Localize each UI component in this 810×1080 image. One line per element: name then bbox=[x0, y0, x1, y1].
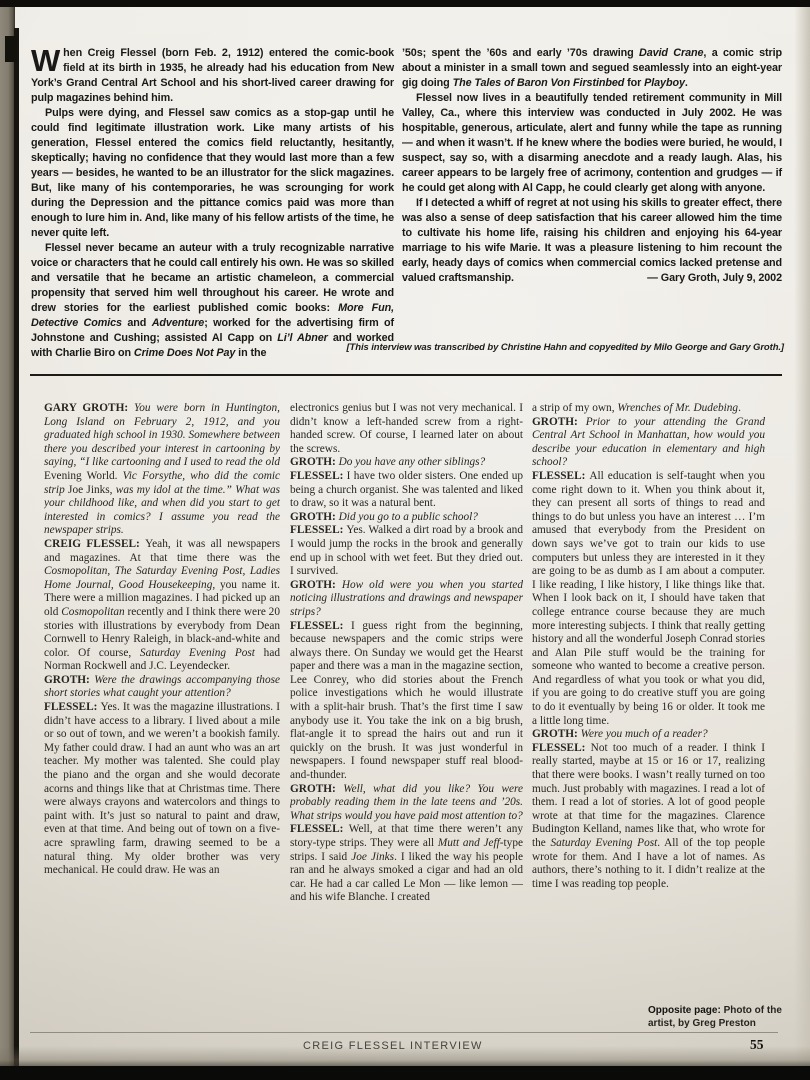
text-run: ’50s; spent the ’60s and early ’70s draw… bbox=[402, 47, 639, 59]
text-run: If I detected a whiff of regret at not u… bbox=[402, 197, 782, 284]
scan-edge-bottom bbox=[0, 1066, 810, 1080]
interview-paragraph: GROTH: How old were you when you started… bbox=[290, 579, 523, 620]
text-run: FLESSEL: bbox=[532, 742, 591, 754]
text-run: in the bbox=[235, 347, 266, 359]
interview-column-2: electronics genius but I was not very me… bbox=[290, 402, 523, 1032]
text-run: Crime Does Not Pay bbox=[134, 347, 235, 359]
intro-paragraph: If I detected a whiff of regret at not u… bbox=[402, 196, 782, 286]
text-run: GROTH: bbox=[290, 579, 342, 591]
interview-paragraph: GROTH: Prior to your attending the Grand… bbox=[532, 416, 765, 470]
text-run: The Tales of Baron Von Firstinbed bbox=[453, 77, 625, 89]
text-run: David Crane bbox=[639, 47, 703, 59]
interview-paragraph: GROTH: Do you have any other siblings? bbox=[290, 456, 523, 470]
text-run: Mutt and Jeff bbox=[438, 837, 500, 849]
interview-paragraph: FLESSEL: All education is self-taught wh… bbox=[532, 470, 765, 728]
interview-paragraph: electronics genius but I was not very me… bbox=[290, 402, 523, 456]
text-run: GARY GROTH: bbox=[44, 402, 134, 414]
scan-edge-top bbox=[0, 0, 810, 7]
intro-paragraph: ’50s; spent the ’60s and early ’70s draw… bbox=[402, 46, 782, 91]
scan-edge-left bbox=[0, 0, 15, 1080]
text-run: CREIG FLESSEL: bbox=[44, 538, 145, 550]
text-run: Did you go to a public school? bbox=[339, 511, 478, 523]
transcription-note: [This interview was transcribed by Chris… bbox=[346, 342, 784, 353]
interview-paragraph: GROTH: Were you much of a reader? bbox=[532, 728, 765, 742]
text-run: Playboy bbox=[644, 77, 685, 89]
section-divider-rule bbox=[30, 374, 782, 376]
interview-column-3: a strip of my own, Wrenches of Mr. Dudeb… bbox=[532, 402, 765, 1032]
text-run: . bbox=[738, 402, 741, 414]
text-run: FLESSEL: bbox=[290, 620, 351, 632]
text-run: GROTH: bbox=[532, 416, 586, 428]
text-run: Do you have any other siblings? bbox=[339, 456, 486, 468]
scan-gutter-line bbox=[14, 28, 19, 1080]
text-run: I guess right from the beginning, becaus… bbox=[290, 620, 523, 782]
text-run: GROTH: bbox=[290, 511, 339, 523]
text-run: Saturday Evening Post bbox=[550, 837, 657, 849]
text-run: and bbox=[122, 317, 152, 329]
text-run: FLESSEL: bbox=[44, 701, 101, 713]
interview-paragraph: GARY GROTH: You were born in Huntington,… bbox=[44, 402, 280, 538]
text-run: FLESSEL: bbox=[532, 470, 589, 482]
text-run: electronics genius but I was not very me… bbox=[290, 402, 523, 455]
interview-column-1: GARY GROTH: You were born in Huntington,… bbox=[44, 402, 280, 1032]
text-run: FLESSEL: bbox=[290, 823, 349, 835]
text-run: Joe Jinks, bbox=[68, 484, 112, 496]
interview-paragraph: GROTH: Did you go to a public school? bbox=[290, 511, 523, 525]
text-run: Saturday Evening Post bbox=[140, 647, 255, 659]
text-run: GROTH: bbox=[532, 728, 581, 740]
intro-column-right: ’50s; spent the ’60s and early ’70s draw… bbox=[402, 46, 782, 286]
interview-paragraph: a strip of my own, Wrenches of Mr. Dudeb… bbox=[532, 402, 765, 416]
text-run: GROTH: bbox=[44, 674, 94, 686]
text-run: Pulps were dying, and Flessel saw comics… bbox=[31, 107, 394, 239]
intro-paragraph: Flessel never became an auteur with a tr… bbox=[31, 241, 394, 361]
intro-column-left: When Creig Flessel (born Feb. 2, 1912) e… bbox=[31, 46, 394, 361]
interview-paragraph: FLESSEL: I have two older sisters. One e… bbox=[290, 470, 523, 511]
text-run: Joe Jinks bbox=[351, 851, 394, 863]
text-run: Flessel now lives in a beautifully tende… bbox=[402, 92, 782, 194]
interview-paragraph: FLESSEL: Yes. It was the magazine illust… bbox=[44, 701, 280, 878]
text-run: Yes. It was the magazine illustrations. … bbox=[44, 701, 280, 876]
text-run: FLESSEL: bbox=[290, 470, 347, 482]
text-run: GROTH: bbox=[290, 456, 339, 468]
interview-paragraph: FLESSEL: Well, at that time there weren’… bbox=[290, 823, 523, 905]
footer-rule bbox=[30, 1032, 778, 1033]
text-run: hen Creig Flessel (born Feb. 2, 1912) en… bbox=[31, 47, 394, 104]
text-run: Cosmopolitan bbox=[61, 606, 124, 618]
text-run: Li’l Abner bbox=[277, 332, 328, 344]
text-run: Wrenches of Mr. Dudebing bbox=[617, 402, 738, 414]
intro-byline: — Gary Groth, July 9, 2002 bbox=[633, 271, 782, 286]
intro-paragraph: Pulps were dying, and Flessel saw comics… bbox=[31, 106, 394, 241]
text-run: Evening World. bbox=[44, 470, 117, 482]
interview-paragraph: FLESSEL: Yes. Walked a dirt road by a br… bbox=[290, 524, 523, 578]
text-run: . bbox=[685, 77, 688, 89]
text-run: All education is self-taught when you co… bbox=[532, 470, 765, 727]
text-run: Not too much of a reader. I think I real… bbox=[532, 742, 765, 849]
caption-label: Opposite page: bbox=[648, 1005, 721, 1016]
scan-page-curl bbox=[0, 1046, 810, 1066]
intro-paragraph: Flessel now lives in a beautifully tende… bbox=[402, 91, 782, 196]
drop-cap: W bbox=[31, 46, 63, 73]
scan-corner-mark bbox=[5, 36, 17, 62]
intro-paragraph: When Creig Flessel (born Feb. 2, 1912) e… bbox=[31, 46, 394, 106]
text-run: a strip of my own, bbox=[532, 402, 617, 414]
interview-paragraph: FLESSEL: Not too much of a reader. I thi… bbox=[532, 742, 765, 892]
text-run: for bbox=[624, 77, 644, 89]
text-run: FLESSEL: bbox=[290, 524, 346, 536]
magazine-page: When Creig Flessel (born Feb. 2, 1912) e… bbox=[0, 0, 810, 1080]
text-run: Were you much of a reader? bbox=[581, 728, 708, 740]
interview-paragraph: FLESSEL: I guess right from the beginnin… bbox=[290, 620, 523, 783]
text-run: Adventure bbox=[152, 317, 205, 329]
interview-paragraph: GROTH: Were the drawings accompanying th… bbox=[44, 674, 280, 701]
interview-paragraph: GROTH: Well, what did you like? You were… bbox=[290, 783, 523, 824]
text-run: GROTH: bbox=[290, 783, 343, 795]
scan-edge-right bbox=[794, 0, 810, 1080]
interview-paragraph: CREIG FLESSEL: Yeah, it was all newspape… bbox=[44, 538, 280, 674]
photo-credit-caption: Opposite page: Photo of the artist, by G… bbox=[648, 1004, 793, 1030]
